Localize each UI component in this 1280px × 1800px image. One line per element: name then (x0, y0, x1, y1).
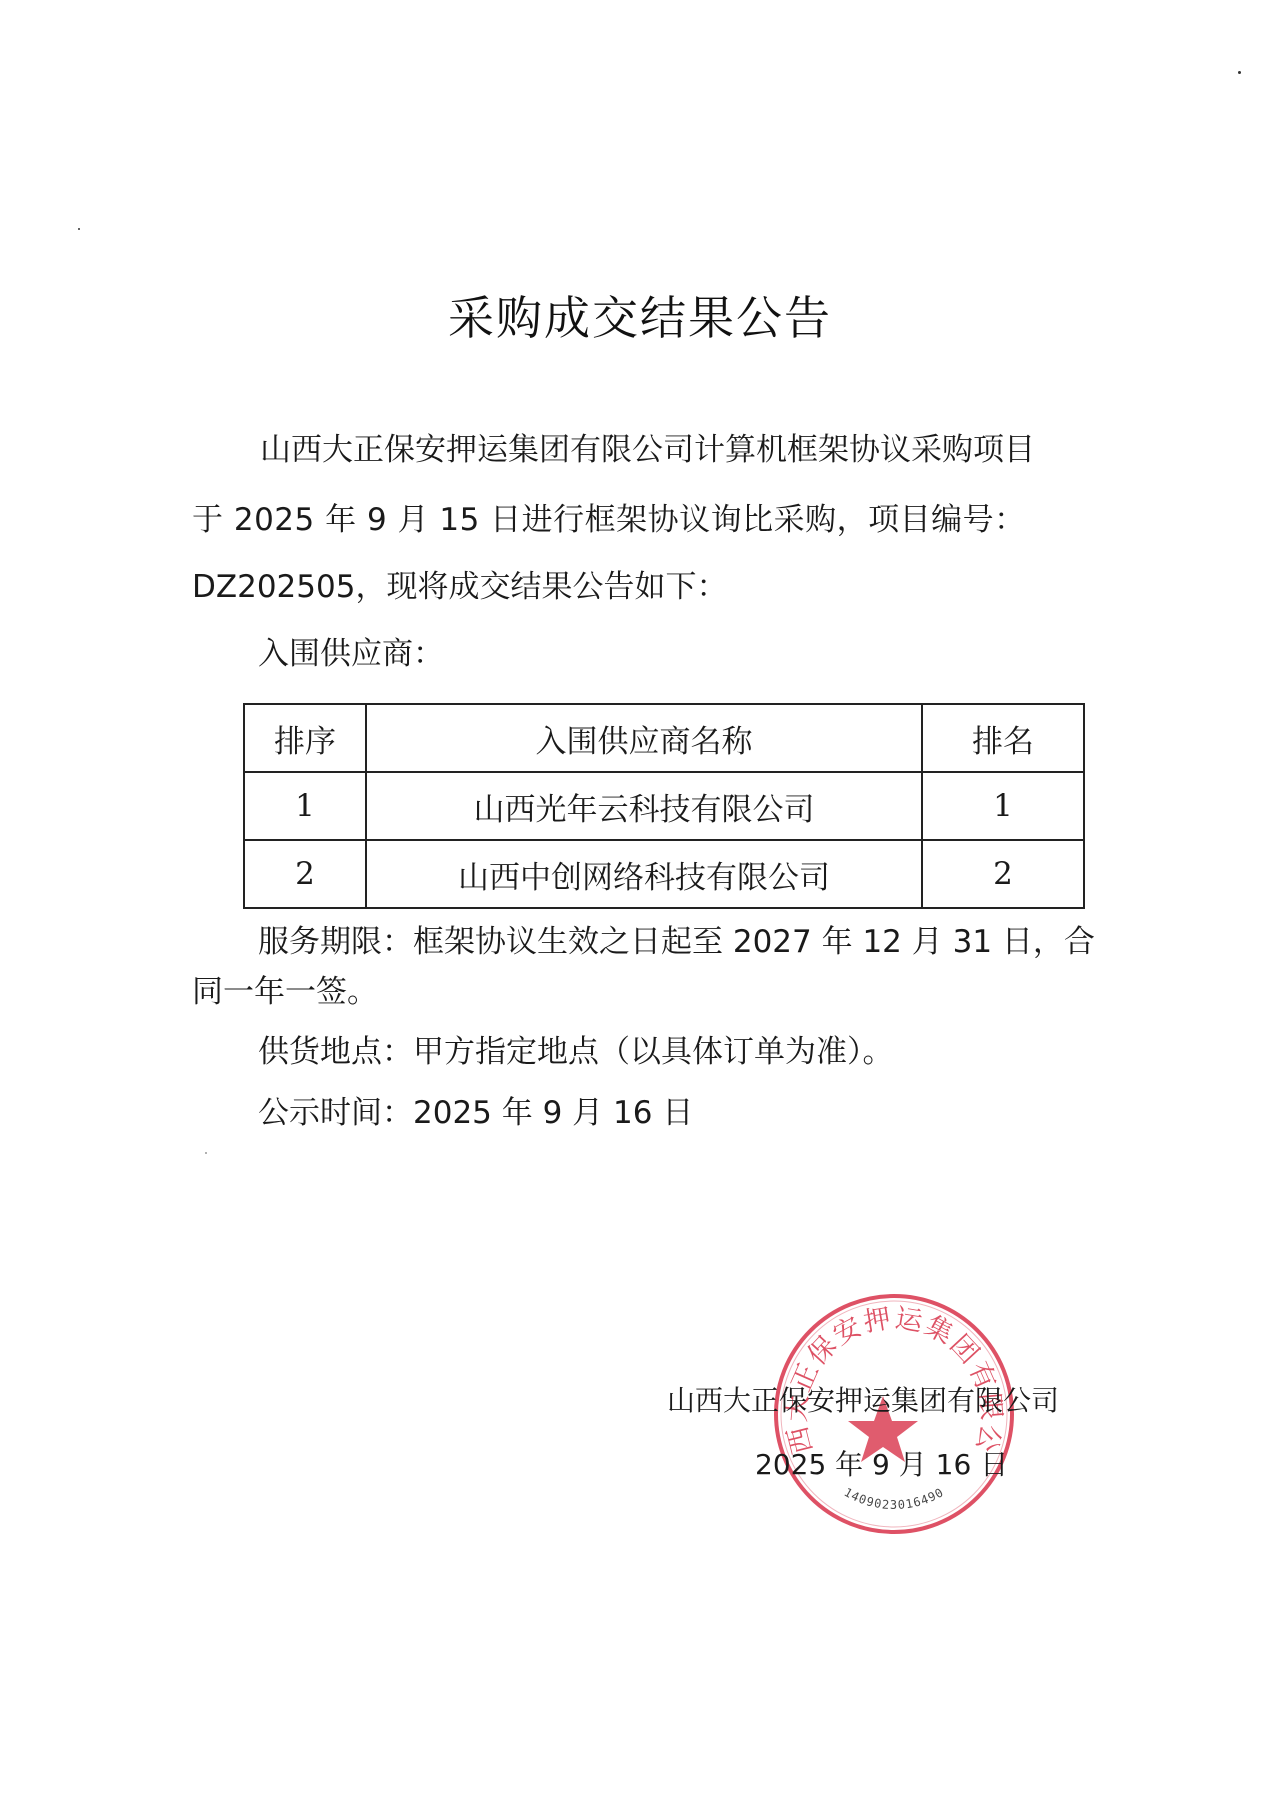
header-supplier-name: 入围供应商名称 (366, 704, 922, 772)
service-period-line-1: 服务期限：框架协议生效之日起至 2027 年 12 月 31 日，合 (258, 922, 1095, 962)
intro-line-3: DZ202505，现将成交结果公告如下： (192, 567, 727, 607)
service-period-line-2: 同一年一签。 (192, 972, 378, 1012)
header-rank: 排名 (922, 704, 1084, 772)
delivery-location: 供货地点：甲方指定地点（以具体订单为准）。 (258, 1032, 894, 1072)
signature-date: 2025 年 9 月 16 日 (755, 1443, 1008, 1483)
cell-supplier-name: 山西光年云科技有限公司 (366, 772, 922, 840)
scan-speck (78, 228, 80, 230)
intro-line-1: 山西大正保安押运集团有限公司计算机框架协议采购项目 (260, 430, 1035, 470)
signature-company: 山西大正保安押运集团有限公司 (667, 1379, 1059, 1419)
cell-order: 2 (244, 840, 366, 908)
svg-text:1409023016490: 1409023016490 (842, 1485, 947, 1512)
intro-line-2: 于 2025 年 9 月 15 日进行框架协议询比采购，项目编号： (192, 500, 1026, 540)
publicity-time: 公示时间：2025 年 9 月 16 日 (258, 1093, 693, 1133)
suppliers-label: 入围供应商： (258, 634, 444, 674)
cell-order: 1 (244, 772, 366, 840)
cell-rank: 1 (922, 772, 1084, 840)
cell-supplier-name: 山西中创网络科技有限公司 (366, 840, 922, 908)
page-title: 采购成交结果公告 (0, 282, 1280, 348)
scan-speck (1238, 71, 1241, 74)
cell-rank: 2 (922, 840, 1084, 908)
table-row: 2 山西中创网络科技有限公司 2 (244, 840, 1084, 908)
suppliers-table: 排序 入围供应商名称 排名 1 山西光年云科技有限公司 1 2 山西中创网络科技… (243, 703, 1085, 909)
scan-speck (205, 1152, 207, 1154)
header-order: 排序 (244, 704, 366, 772)
table-row: 1 山西光年云科技有限公司 1 (244, 772, 1084, 840)
table-header-row: 排序 入围供应商名称 排名 (244, 704, 1084, 772)
